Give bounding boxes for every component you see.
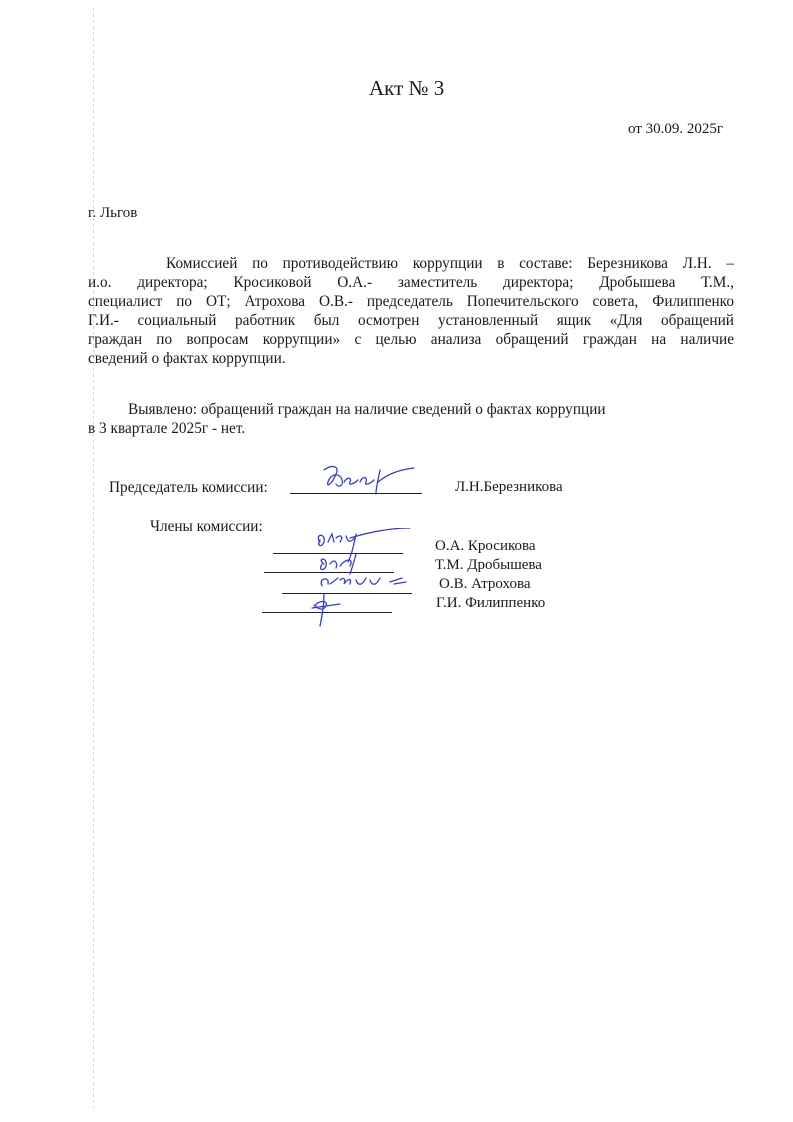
member-name-4: Г.И. Филиппенко	[436, 595, 545, 612]
document-date: от 30.09. 2025г	[628, 121, 723, 138]
member-name-2: Т.М. Дробышева	[435, 557, 542, 574]
body-line: Комиссией по противодействию коррупции в…	[88, 254, 734, 273]
member-name-1: О.А. Кросикова	[435, 538, 536, 555]
finding-line: в 3 квартале 2025г - нет.	[88, 419, 606, 438]
member-name-3: О.В. Атрохова	[439, 576, 531, 593]
member-signatures	[310, 528, 420, 628]
body-line: граждан по вопросам коррупции» с целью а…	[88, 330, 734, 349]
members-label: Члены комиссии:	[150, 518, 263, 536]
body-line: и.о. директора; Кросиковой О.А.- замести…	[88, 273, 734, 292]
scan-artifact-line	[93, 8, 94, 1108]
chair-signature	[318, 460, 428, 496]
chair-name: Л.Н.Березникова	[455, 479, 563, 496]
document-city: г. Льгов	[88, 205, 137, 222]
finding-line: Выявлено: обращений граждан на наличие с…	[88, 400, 606, 419]
finding-paragraph: Выявлено: обращений граждан на наличие с…	[88, 400, 606, 438]
body-line: специалист по ОТ; Атрохова О.В.- председ…	[88, 292, 734, 311]
body-paragraph: Комиссией по противодействию коррупции в…	[88, 254, 734, 368]
chair-label: Председатель комиссии:	[109, 479, 268, 497]
body-line: Г.И.- социальный работник был осмотрен у…	[88, 311, 734, 330]
document-title: Акт № 3	[369, 76, 444, 101]
body-line: сведений о фактах коррупции.	[88, 349, 734, 368]
